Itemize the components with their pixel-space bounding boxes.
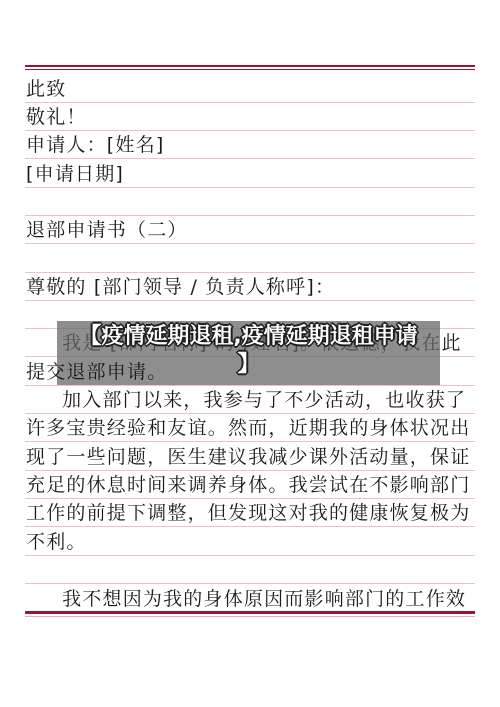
document-line: 许多宝贵经验和友谊。然而，近期我的身体状况出 (25, 414, 475, 442)
document-line: 不利。 (25, 527, 475, 555)
document-line: 退部申请书（二） (25, 216, 475, 244)
document-line: 敬礼！ (25, 103, 475, 131)
document-line: 我不想因为我的身体原因而影响部门的工作效 (25, 584, 475, 612)
document-line: [申请日期] (25, 159, 475, 187)
document-line: 加入部门以来，我参与了不少活动，也收获了 (25, 386, 475, 414)
document-line: 尊敬的 [部门领导 / 负责人称呼]： (25, 273, 475, 301)
document-line (25, 188, 475, 216)
top-double-rule (25, 65, 475, 70)
document-line: 此致 (25, 75, 475, 103)
document-line: 现了一些问题，医生建议我减少课外活动量，保证 (25, 442, 475, 470)
document-line: 工作的前提下调整，但发现这对我的健康恢复极为 (25, 499, 475, 527)
document-line (25, 244, 475, 272)
document-line: 申请人：[姓名] (25, 131, 475, 159)
document-line: 提交退部申请。 (25, 357, 475, 385)
document-line (25, 556, 475, 584)
watermark-title-line1: 【疫情延期退租,疫情延期退租申请 (57, 322, 440, 351)
document-page: 此致敬礼！申请人：[姓名][申请日期]退部申请书（二）尊敬的 [部门领导 / 负… (0, 0, 500, 707)
document-line: 充足的休息时间来调养身体。我尝试在不影响部门 (25, 471, 475, 499)
